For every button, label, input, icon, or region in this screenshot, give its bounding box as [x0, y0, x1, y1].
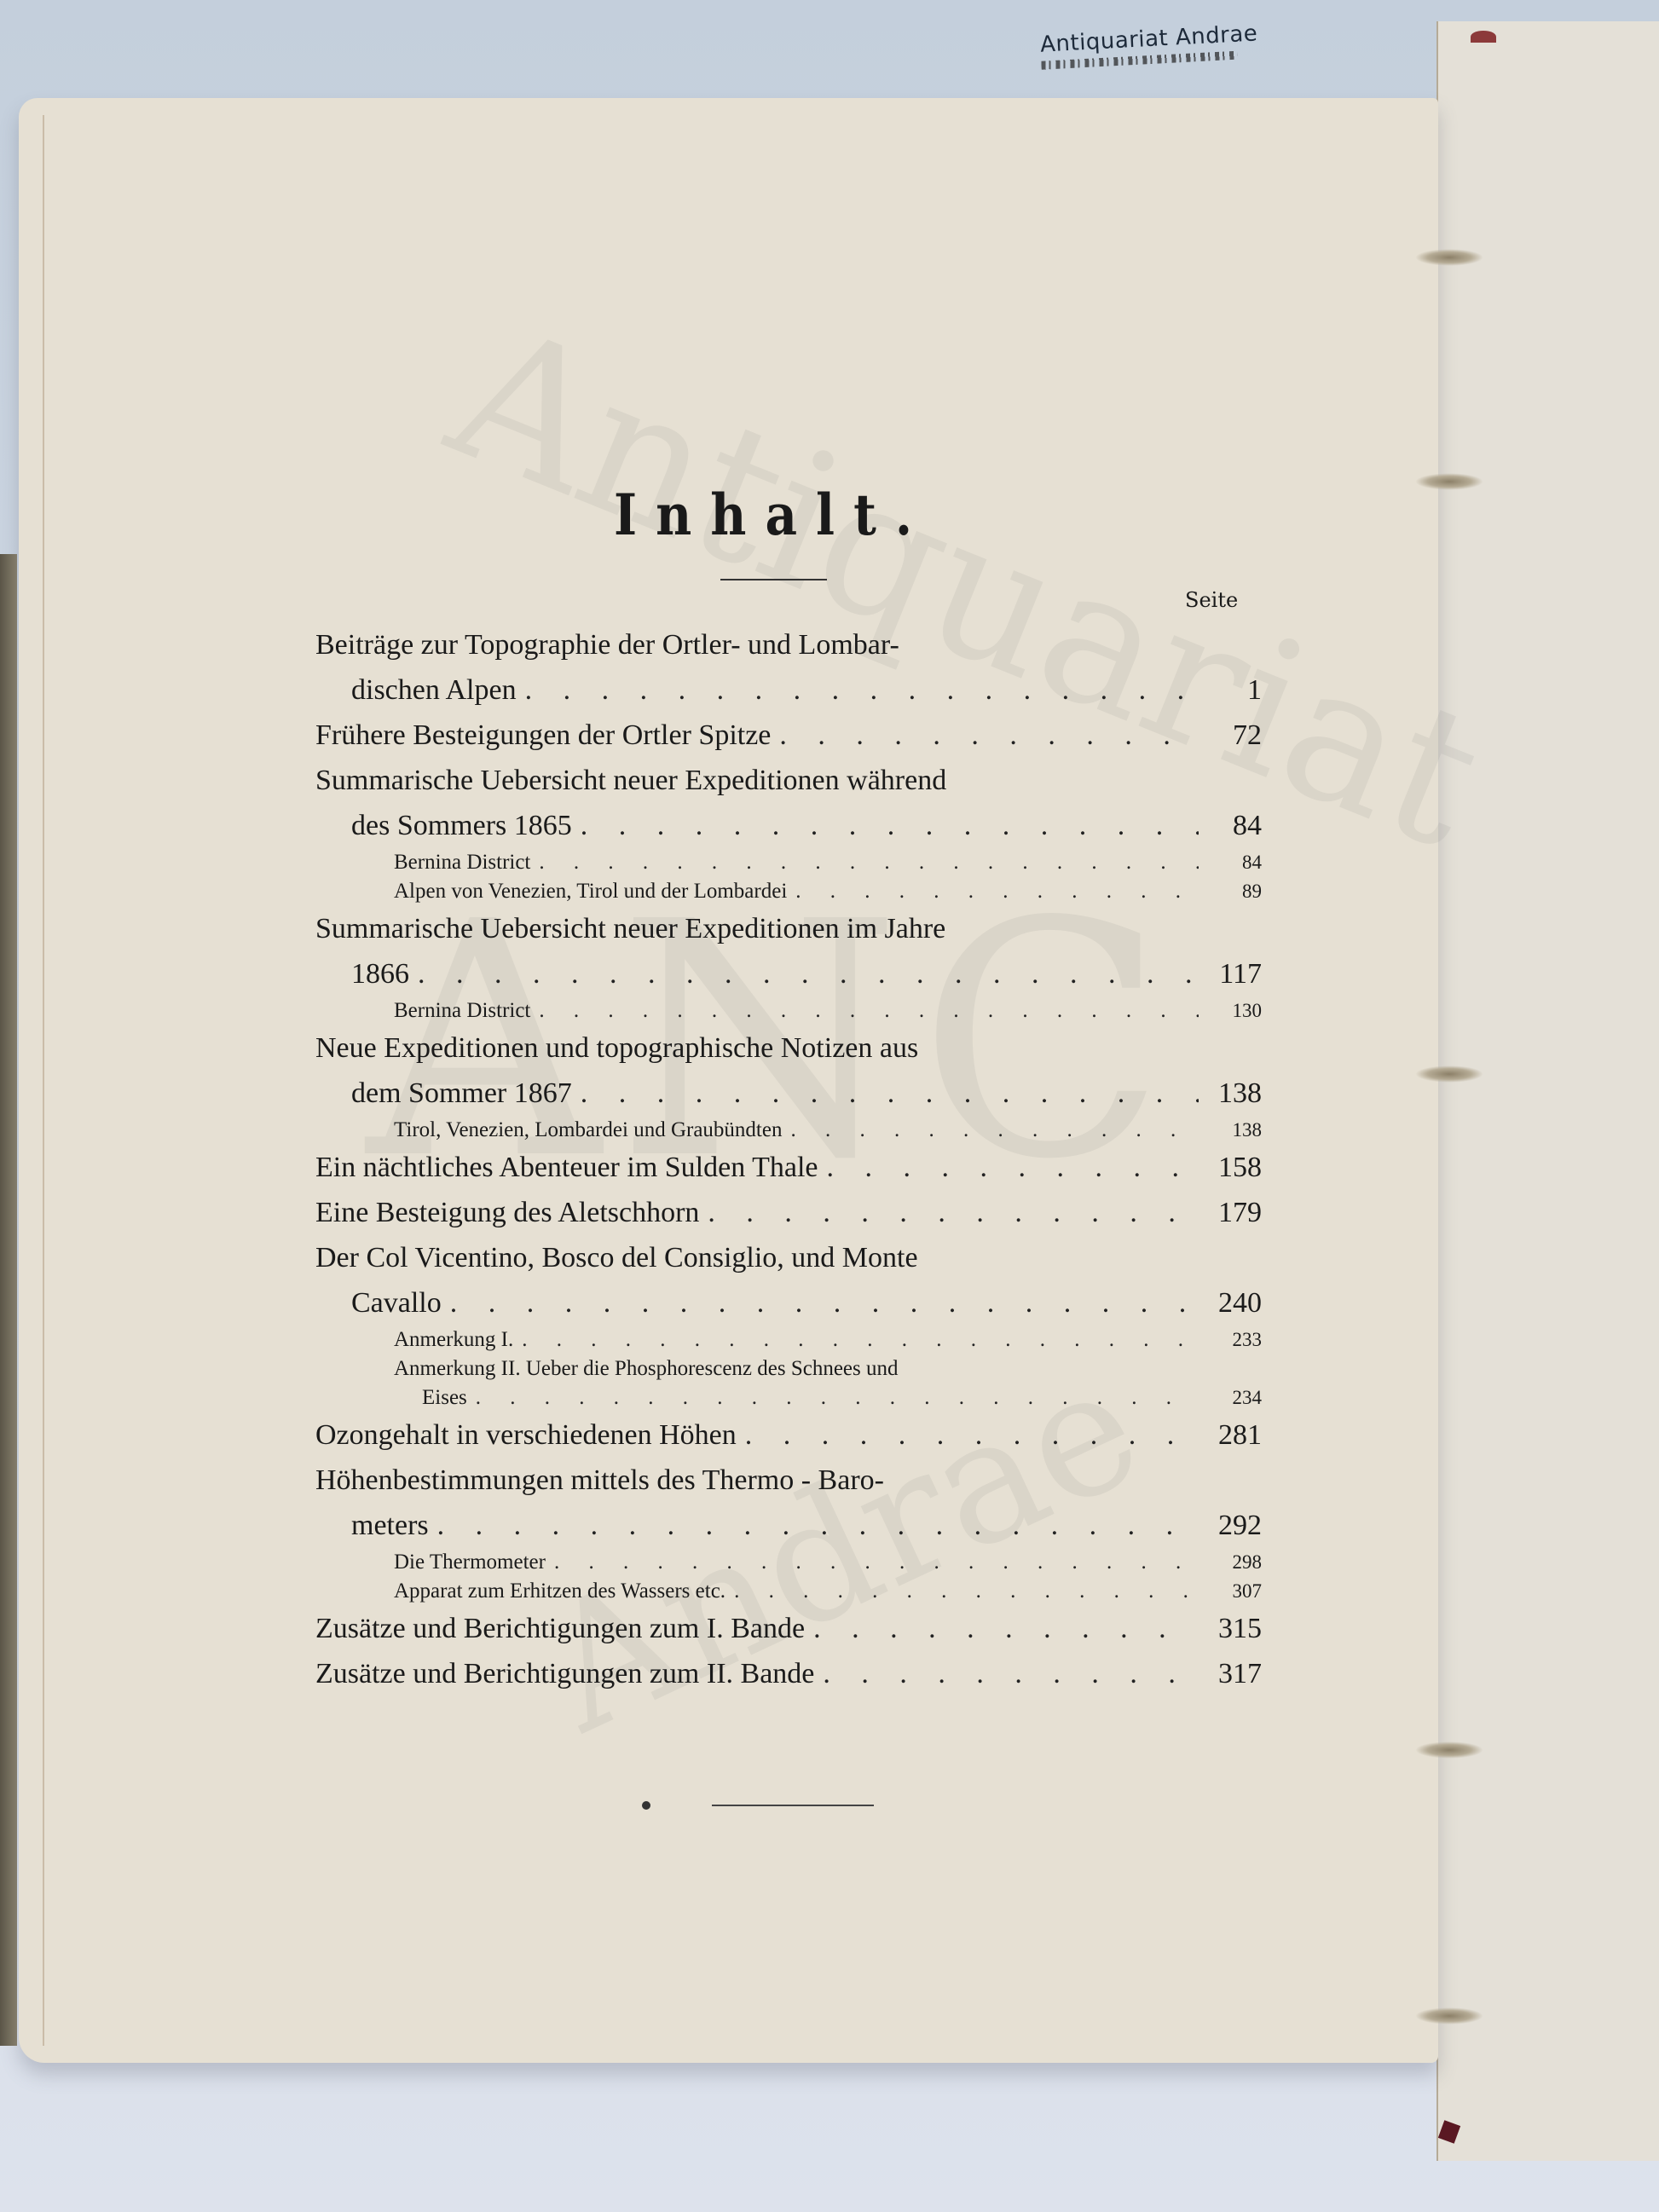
ornament-dot [642, 1801, 650, 1810]
toc-entry: Zusätze und Berichtigungen zum I. Bande3… [315, 1606, 1262, 1651]
entry-title: Die Thermometer [394, 1548, 546, 1577]
leader-dots [539, 848, 1199, 877]
entry-title: Beiträge zur Topographie der Ortler- und… [315, 622, 1262, 667]
entry-title: Neue Expeditionen und topographische Not… [315, 1025, 1262, 1071]
toc-subentry: Bernina District130 [315, 996, 1262, 1025]
page-number: 233 [1207, 1325, 1262, 1354]
leader-dots [734, 1577, 1199, 1606]
page-number: 315 [1207, 1606, 1262, 1651]
page-number: 84 [1207, 803, 1262, 848]
toc-entry: Eine Besteigung des Aletschhorn179 [315, 1190, 1262, 1235]
page-number: 158 [1207, 1145, 1262, 1190]
toc-subentry: Anmerkung II. Ueber die Phosphorescenz d… [315, 1354, 1262, 1383]
toc-entry: Ozongehalt in verschiedenen Höhen281 [315, 1412, 1262, 1458]
page-number: 138 [1207, 1116, 1262, 1145]
leader-dots [581, 1071, 1199, 1116]
page-number: 72 [1207, 713, 1262, 758]
entry-title: Alpen von Venezien, Tirol und der Lombar… [394, 877, 787, 906]
entry-title: dischen Alpen [351, 667, 517, 713]
leader-dots [539, 996, 1199, 1025]
page-number: 317 [1207, 1651, 1262, 1696]
page-number: 234 [1207, 1383, 1262, 1412]
entry-title: Zusätze und Berichtigungen zum I. Bande [315, 1606, 805, 1651]
entry-title: Summarische Uebersicht neuer Expeditione… [315, 906, 1262, 951]
toc-entry-continuation: des Sommers 186584 [315, 803, 1262, 848]
table-of-contents: Inhalt. Seite Beiträge zur Topographie d… [0, 0, 1659, 2212]
leader-dots [437, 1503, 1199, 1548]
page-number: 307 [1207, 1577, 1262, 1606]
toc-entry: Beiträge zur Topographie der Ortler- und… [315, 622, 1262, 667]
page-number: 1 [1207, 667, 1262, 713]
leader-dots [581, 803, 1199, 848]
toc-entry: Neue Expeditionen und topographische Not… [315, 1025, 1262, 1071]
leader-dots [476, 1383, 1199, 1412]
entry-title: 1866 [351, 951, 409, 996]
leader-dots [827, 1145, 1199, 1190]
entry-title: meters [351, 1503, 429, 1548]
page-number: 240 [1207, 1280, 1262, 1325]
entry-title: Eises [422, 1383, 467, 1412]
entry-title: Ein nächtliches Abenteuer im Sulden Thal… [315, 1145, 818, 1190]
entry-title: Apparat zum Erhitzen des Wassers etc. [394, 1577, 725, 1606]
entry-title: dem Sommer 1867 [351, 1071, 572, 1116]
end-divider [712, 1805, 874, 1806]
leader-dots [790, 1116, 1199, 1145]
entry-title: Der Col Vicentino, Bosco del Consiglio, … [315, 1235, 1262, 1280]
toc-entry: Frühere Besteigungen der Ortler Spitze72 [315, 713, 1262, 758]
entry-title: Ozongehalt in verschiedenen Höhen [315, 1412, 737, 1458]
leader-dots [823, 1651, 1199, 1696]
leader-dots [708, 1190, 1199, 1235]
leader-dots [745, 1412, 1199, 1458]
toc-entry: Zusätze und Berichtigungen zum II. Bande… [315, 1651, 1262, 1696]
page-number: 130 [1207, 996, 1262, 1025]
entry-title: Eine Besteigung des Aletschhorn [315, 1190, 699, 1235]
leader-dots [795, 877, 1199, 906]
toc-subentry: Anmerkung I.233 [315, 1325, 1262, 1354]
page-number: 84 [1207, 848, 1262, 877]
page-number: 179 [1207, 1190, 1262, 1235]
entry-title: Höhenbestimmungen mittels des Thermo - B… [315, 1458, 1262, 1503]
leader-dots [525, 667, 1199, 713]
page-title: Inhalt. [614, 482, 931, 548]
page-number: 138 [1207, 1071, 1262, 1116]
toc-entry: Der Col Vicentino, Bosco del Consiglio, … [315, 1235, 1262, 1280]
toc-subentry: Alpen von Venezien, Tirol und der Lombar… [315, 877, 1262, 906]
entry-title: Tirol, Venezien, Lombardei und Graubündt… [394, 1116, 782, 1145]
entry-title: Frühere Besteigungen der Ortler Spitze [315, 713, 771, 758]
entry-title: des Sommers 1865 [351, 803, 572, 848]
toc-entry: Ein nächtliches Abenteuer im Sulden Thal… [315, 1145, 1262, 1190]
toc-entry-continuation: dischen Alpen1 [315, 667, 1262, 713]
toc-entries: Beiträge zur Topographie der Ortler- und… [315, 622, 1262, 1696]
page-column-header: Seite [1185, 588, 1238, 612]
page-number: 292 [1207, 1503, 1262, 1548]
entry-title: Cavallo [351, 1280, 442, 1325]
leader-dots [813, 1606, 1199, 1651]
toc-entry: Höhenbestimmungen mittels des Thermo - B… [315, 1458, 1262, 1503]
entry-title: Anmerkung I. [394, 1325, 513, 1354]
toc-entry-continuation: 1866117 [315, 951, 1262, 996]
page-number: 281 [1207, 1412, 1262, 1458]
toc-entry-continuation: dem Sommer 1867138 [315, 1071, 1262, 1116]
leader-dots [418, 951, 1199, 996]
leader-dots [779, 713, 1199, 758]
entry-title: Summarische Uebersicht neuer Expeditione… [315, 758, 1262, 803]
toc-subentry-continuation: Eises234 [315, 1383, 1262, 1412]
entry-title: Anmerkung II. Ueber die Phosphorescenz d… [394, 1354, 1262, 1383]
page-number: 298 [1207, 1548, 1262, 1577]
entry-title: Bernina District [394, 996, 530, 1025]
entry-title: Bernina District [394, 848, 530, 877]
toc-entry: Summarische Uebersicht neuer Expeditione… [315, 906, 1262, 951]
toc-entry-continuation: Cavallo240 [315, 1280, 1262, 1325]
leader-dots [554, 1548, 1199, 1577]
toc-subentry: Tirol, Venezien, Lombardei und Graubündt… [315, 1116, 1262, 1145]
page-number: 89 [1207, 877, 1262, 906]
leader-dots [522, 1325, 1199, 1354]
toc-entry: Summarische Uebersicht neuer Expeditione… [315, 758, 1262, 803]
entry-title: Zusätze und Berichtigungen zum II. Bande [315, 1651, 814, 1696]
toc-subentry: Bernina District84 [315, 848, 1262, 877]
toc-entry-continuation: meters292 [315, 1503, 1262, 1548]
toc-subentry: Die Thermometer298 [315, 1548, 1262, 1577]
toc-subentry: Apparat zum Erhitzen des Wassers etc.307 [315, 1577, 1262, 1606]
leader-dots [450, 1280, 1199, 1325]
title-divider [720, 579, 827, 580]
page-number: 117 [1207, 951, 1262, 996]
